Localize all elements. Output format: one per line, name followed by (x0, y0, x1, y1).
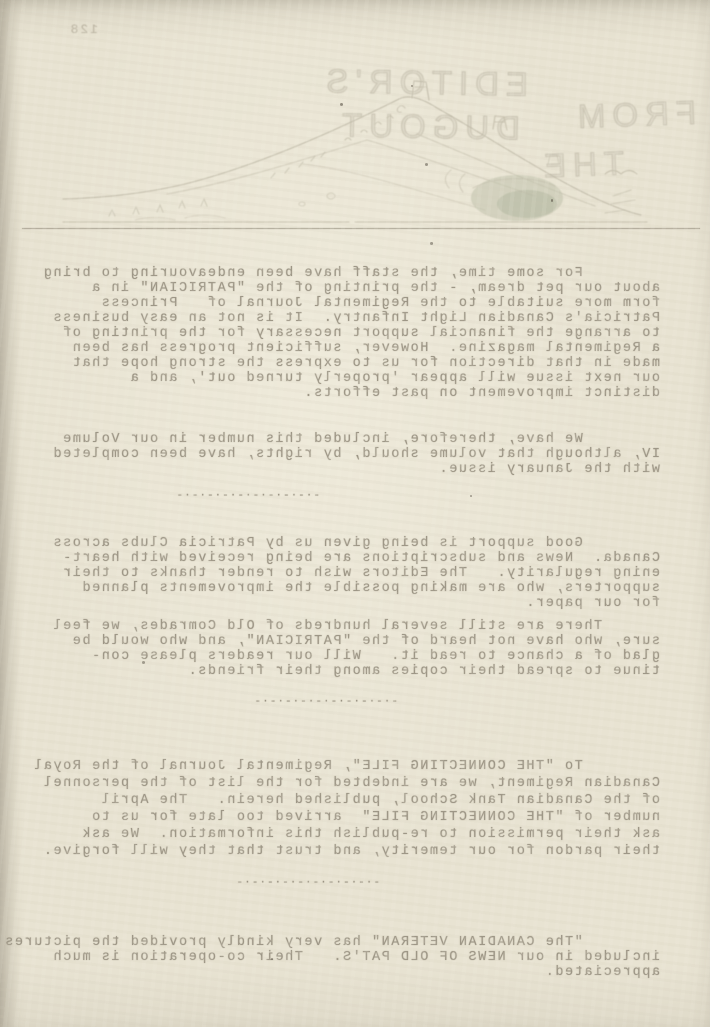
dashed-divider: -·-·-·-·-·-·-·-·-·- (236, 877, 380, 889)
typewritten-paragraph: We have, therefore, included this number… (10, 432, 660, 477)
page-number: 128 (69, 22, 98, 37)
ink-speck (142, 661, 145, 664)
scanned-page-verso: 128 FROM THE EDITOR'S DUGOUT (0, 0, 710, 1027)
ink-speck (425, 163, 428, 166)
ink-speck (430, 242, 433, 245)
ink-speck (271, 958, 273, 960)
mirrored-bleedthrough-layer: 128 FROM THE EDITOR'S DUGOUT (0, 0, 710, 1027)
dashed-divider: -·-·-·-·-·-·-·-·-·- (176, 490, 320, 502)
typewritten-paragraph: "The CANADIAN VETERAN" has very kindly p… (10, 935, 660, 980)
header-rule (22, 228, 700, 229)
typewritten-paragraph: To "THE CONNECTING FILE", Regimental Jou… (10, 758, 660, 860)
typewritten-paragraph: For some time, the staff have been endea… (10, 266, 660, 401)
ink-speck (470, 495, 472, 497)
ink-speck (551, 199, 553, 202)
ink-speck (340, 103, 343, 106)
typewritten-paragraph: Good support is being given us by Patric… (10, 536, 660, 611)
typewritten-paragraph: There are still several hundreds of Old … (10, 619, 660, 679)
dashed-divider: -·-·-·-·-·-·-·-·-·- (254, 696, 398, 708)
ink-speck (411, 85, 413, 87)
dugout-hill-sketch (55, 78, 655, 230)
